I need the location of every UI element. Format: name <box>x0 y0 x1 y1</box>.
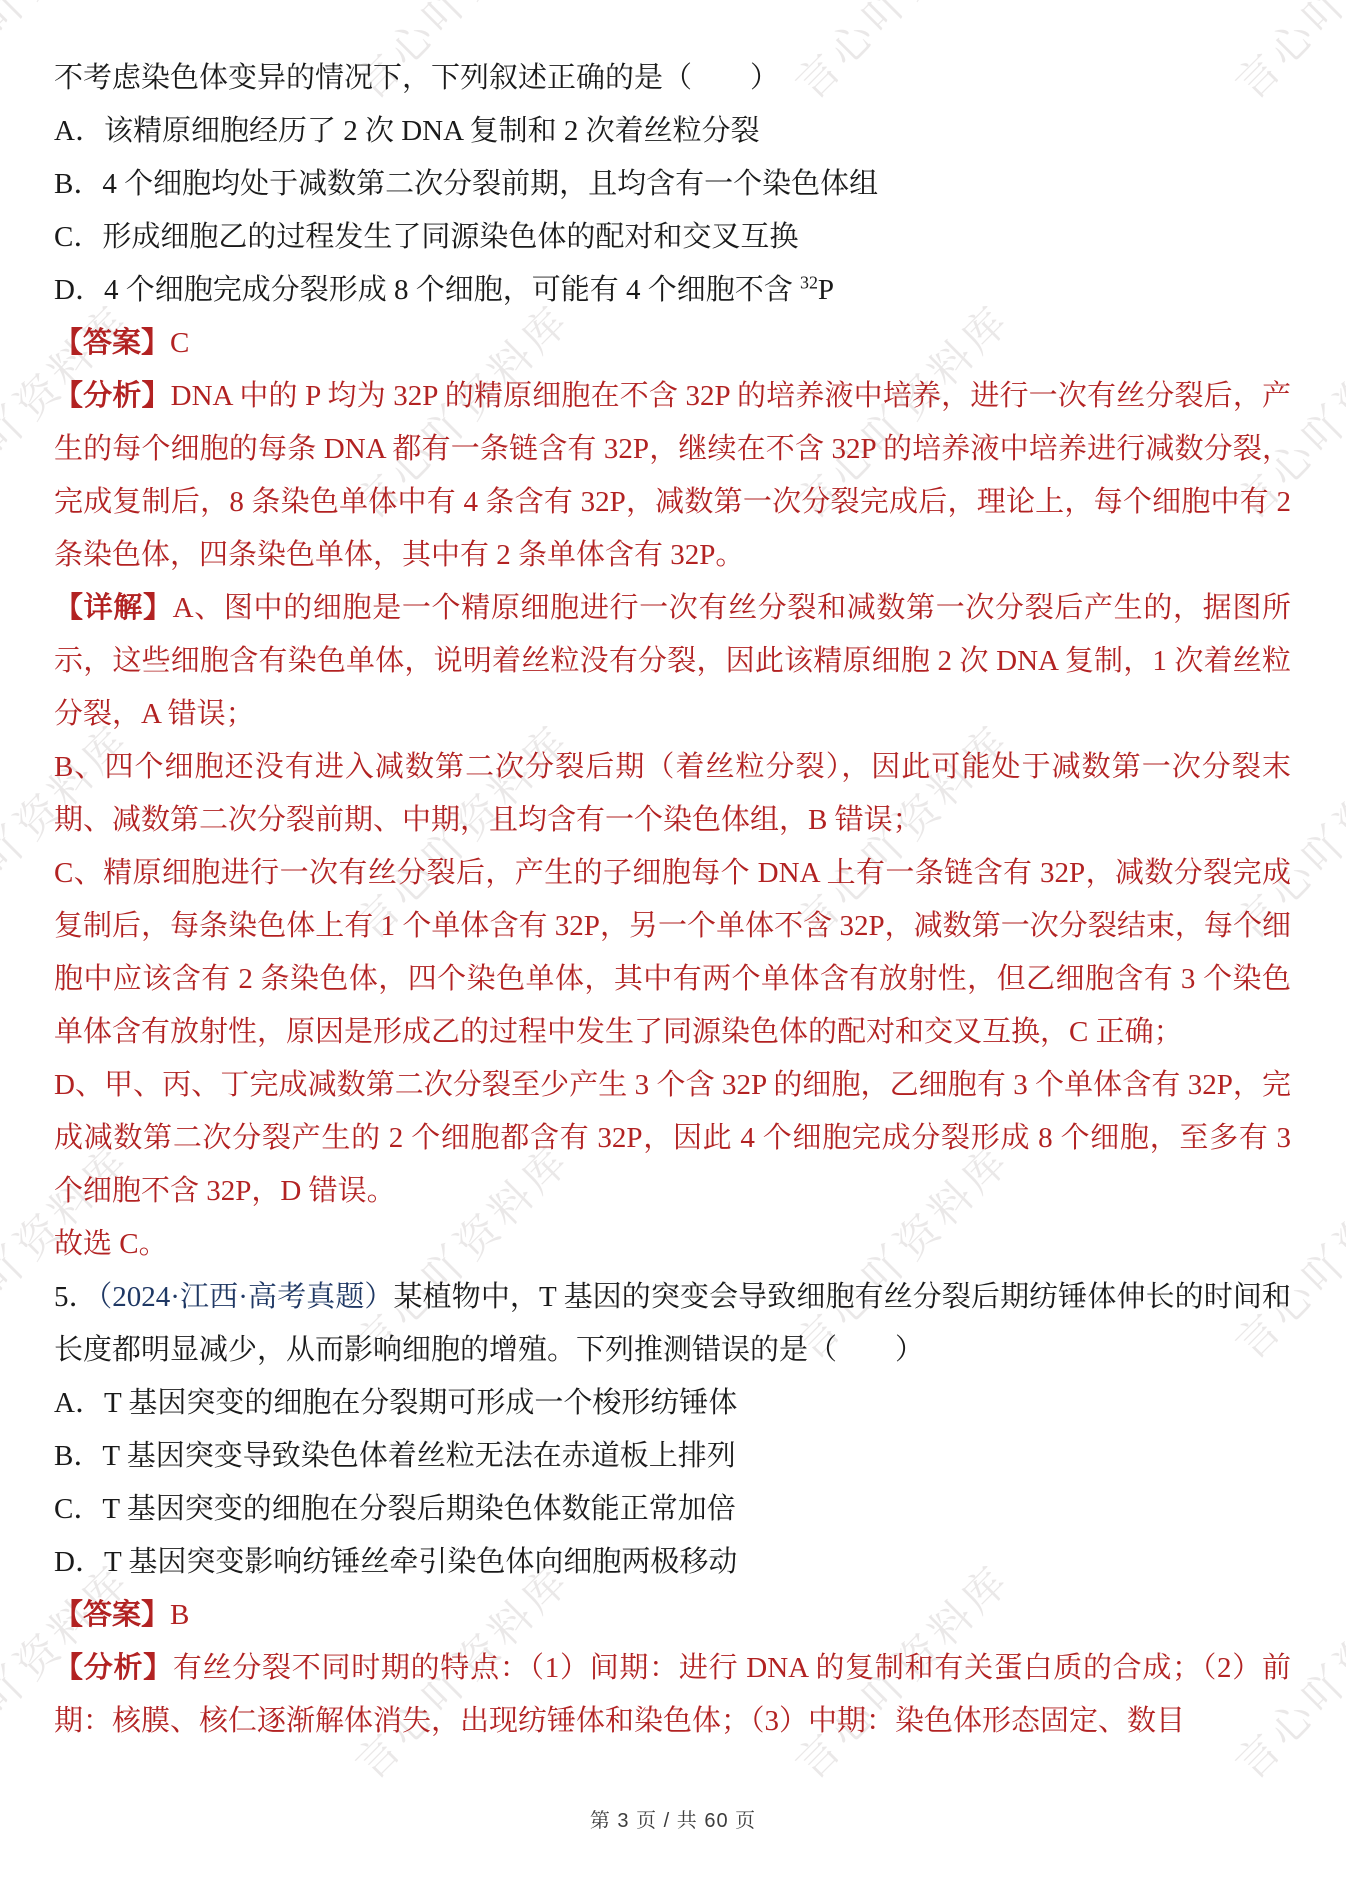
q4-conclusion: 故选 C。 <box>54 1218 1291 1271</box>
q5-answer-line: 【答案】B <box>54 1589 1291 1642</box>
q4-analysis-tag: 【分析】 <box>54 380 171 412</box>
q4-detail-c: C、精原细胞进行一次有丝分裂后，产生的子细胞每个 DNA 上有一条链含有 32P… <box>54 847 1291 1059</box>
q5-option-b: B．T 基因突变导致染色体着丝粒无法在赤道板上排列 <box>54 1430 1291 1483</box>
q5-number: 5． <box>54 1281 98 1313</box>
q4-answer-tag: 【答案】 <box>54 327 170 359</box>
q4-detail-tag: 【详解】 <box>54 592 173 624</box>
q5-analysis: 【分析】有丝分裂不同时期的特点：（1）间期：进行 DNA 的复制和有关蛋白质的合… <box>54 1642 1291 1748</box>
q4-answer-value: C <box>170 327 189 359</box>
q4-option-a: A．该精原细胞经历了 2 次 DNA 复制和 2 次着丝粒分裂 <box>54 105 1291 158</box>
q5-option-d: D．T 基因突变影响纺锤丝牵引染色体向细胞两极移动 <box>54 1536 1291 1589</box>
q4-option-d-superscript: 32 <box>800 272 818 292</box>
q4-analysis-text: DNA 中的 P 均为 32P 的精原细胞在不含 32P 的培养液中培养，进行一… <box>54 380 1291 571</box>
q5-option-c: C．T 基因突变的细胞在分裂后期染色体数能正常加倍 <box>54 1483 1291 1536</box>
q5-stem: 5．（2024·江西·高考真题）某植物中，T 基因的突变会导致细胞有丝分裂后期纺… <box>54 1271 1291 1377</box>
q4-stem: 不考虑染色体变异的情况下，下列叙述正确的是（ ） <box>54 52 1291 105</box>
q4-detail-a-text: A、图中的细胞是一个精原细胞进行一次有丝分裂和减数第一次分裂后产生的，据图所示，… <box>54 592 1291 730</box>
page-number-footer: 第 3 页 / 共 60 页 <box>0 1804 1346 1833</box>
document-page: 言心吖资料库言心吖资料库言心吖资料库言心吖资料库言心吖资料库言心吖资料库言心吖资… <box>0 0 1346 1904</box>
q4-analysis: 【分析】DNA 中的 P 均为 32P 的精原细胞在不含 32P 的培养液中培养… <box>54 370 1291 582</box>
q5-source-citation: （2024·江西·高考真题） <box>98 1281 394 1313</box>
q4-detail-b: B、四个细胞还没有进入减数第二次分裂后期（着丝粒分裂），因此可能处于减数第一次分… <box>54 741 1291 847</box>
q5-answer-value: B <box>170 1599 189 1631</box>
q4-detail-d: D、甲、丙、丁完成减数第二次分裂至少产生 3 个含 32P 的细胞，乙细胞有 3… <box>54 1059 1291 1218</box>
q5-option-a: A．T 基因突变的细胞在分裂期可形成一个梭形纺锤体 <box>54 1377 1291 1430</box>
q4-answer-line: 【答案】C <box>54 317 1291 370</box>
q4-detail-a: 【详解】A、图中的细胞是一个精原细胞进行一次有丝分裂和减数第一次分裂后产生的，据… <box>54 582 1291 741</box>
q4-option-d: D．4 个细胞完成分裂形成 8 个细胞，可能有 4 个细胞不含 32P <box>54 264 1291 317</box>
q5-analysis-tag: 【分析】 <box>54 1652 173 1684</box>
q4-option-d-text: D．4 个细胞完成分裂形成 8 个细胞，可能有 4 个细胞不含 <box>54 274 800 306</box>
q4-option-c: C．形成细胞乙的过程发生了同源染色体的配对和交叉互换 <box>54 211 1291 264</box>
q5-answer-tag: 【答案】 <box>54 1599 170 1631</box>
q4-option-b: B．4 个细胞均处于减数第二次分裂前期，且均含有一个染色体组 <box>54 158 1291 211</box>
q5-analysis-text: 有丝分裂不同时期的特点：（1）间期：进行 DNA 的复制和有关蛋白质的合成；（2… <box>54 1652 1291 1737</box>
page-content: 不考虑染色体变异的情况下，下列叙述正确的是（ ） A．该精原细胞经历了 2 次 … <box>0 0 1346 1748</box>
q4-option-d-isotope: P <box>818 274 834 306</box>
